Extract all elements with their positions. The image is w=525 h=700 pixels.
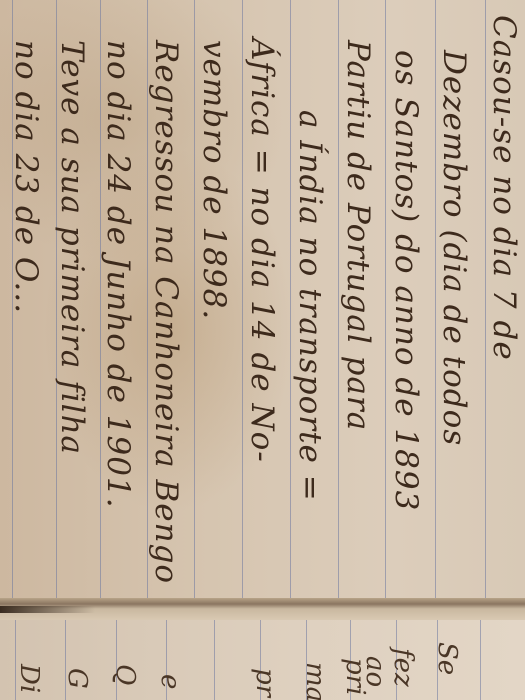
manuscript-page: Casou-se no dia 7 de Dezembro (dia de to… (0, 0, 525, 605)
page-shadow (0, 606, 95, 613)
handwritten-line-5: a Índia no transporte = (292, 110, 328, 502)
handwritten-line-11: no dia 23 de O... (8, 40, 44, 314)
ruled-line (480, 620, 481, 700)
ruled-line (338, 0, 339, 605)
ruled-line (194, 0, 195, 605)
ruled-line (116, 620, 117, 700)
underlying-fragment: pr (250, 668, 280, 697)
ruled-line (242, 0, 243, 605)
underlying-fragment: Di (14, 664, 44, 693)
handwritten-line-6: África = no dia 14 de No- (244, 38, 280, 463)
underlying-fragment: pri (340, 658, 370, 695)
handwritten-line-10: Teve a sua primeira filha (54, 40, 90, 455)
ruled-line (214, 620, 215, 700)
underlying-fragment: G (62, 668, 92, 689)
handwritten-line-1: Casou-se no dia 7 de (486, 15, 522, 361)
handwritten-line-3: os Santos) do anno de 1893 (388, 50, 424, 511)
ruled-line (290, 0, 291, 605)
underlying-fragment: e (155, 674, 185, 689)
handwritten-line-4: Partiu de Portugal para (340, 40, 376, 431)
underlying-page: Se fez ao pri ma pr e Q G Di (0, 620, 525, 700)
handwritten-line-7: vembro de 1898. (196, 40, 232, 320)
ruled-line (385, 0, 386, 605)
handwritten-line-2: Dezembro (dia de todos (436, 50, 472, 446)
underlying-fragment: fez (388, 648, 418, 687)
handwritten-line-8: Regressou na Canhoneira Bengo (148, 40, 184, 584)
underlying-fragment: Q (110, 664, 140, 685)
handwritten-line-9: no dia 24 de Junho de 1901. (100, 40, 136, 509)
underlying-fragment: Se (432, 642, 462, 675)
underlying-fragment: ma (300, 662, 330, 700)
